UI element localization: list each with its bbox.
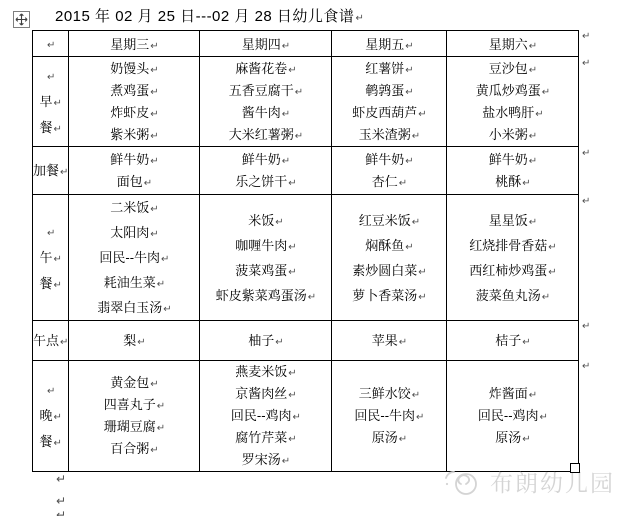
menu-item: 菠菜鸡蛋↵ (200, 258, 331, 283)
paragraph-mark: ↵ (535, 109, 543, 120)
menu-item: 素炒圆白菜↵ (332, 258, 446, 283)
menu-item-text: 炸虾皮 (110, 105, 149, 120)
meal-label-line-text: 午 (40, 250, 53, 265)
meal-label-line-text: 加餐 (33, 163, 59, 178)
menu-item: 原汤↵ (332, 427, 446, 449)
menu-item: 四喜丸子↵ (69, 394, 199, 416)
paragraph-mark: ↵ (405, 156, 413, 167)
menu-item-text: 咖喱牛肉 (235, 238, 287, 253)
menu-item-text: 百合粥 (110, 441, 149, 456)
menu-item: 珊瑚豆腐↵ (69, 416, 199, 438)
menu-item-text: 苹果 (372, 333, 398, 348)
meal-label-line-text: 餐 (40, 276, 53, 291)
menu-cell[interactable]: 豆沙包↵黄瓜炒鸡蛋↵盐水鸭肝↵小米粥↵ (447, 57, 579, 147)
paragraph-mark: ↵ (288, 242, 296, 253)
menu-cell[interactable]: 梨↵ (69, 321, 200, 361)
paragraph-mark: ↵ (529, 390, 537, 401)
paragraph-mark: ↵ (275, 337, 283, 348)
watermark-text: 布朗幼儿园 (490, 465, 615, 498)
menu-item-text: 太阳肉 (110, 225, 149, 240)
paragraph-mark: ↵ (288, 178, 296, 189)
paragraph-mark: ↵ (412, 390, 420, 401)
meal-row: 加餐↵鲜牛奶↵面包↵鲜牛奶↵乐之饼干↵鲜牛奶↵杏仁↵鲜牛奶↵桃酥↵ (33, 147, 579, 195)
paragraph-mark: ↵ (522, 337, 530, 348)
menu-item: 萝卜香菜汤↵ (332, 283, 446, 308)
meal-row: ↵早↵餐↵奶馒头↵煮鸡蛋↵炸虾皮↵紫米粥↵麻酱花卷↵五香豆腐干↵酱牛肉↵大米红薯… (33, 57, 579, 147)
paragraph-mark: ↵ (548, 242, 556, 253)
menu-item: 罗宋汤↵ (200, 449, 331, 471)
menu-cell[interactable]: 麻酱花卷↵五香豆腐干↵酱牛肉↵大米红薯粥↵ (200, 57, 332, 147)
menu-cell[interactable]: 鲜牛奶↵杏仁↵ (332, 147, 447, 195)
menu-item: 黄瓜炒鸡蛋↵ (447, 80, 578, 102)
move-arrows-icon (15, 13, 28, 26)
menu-cell[interactable]: 米饭↵咖喱牛肉↵菠菜鸡蛋↵虾皮紫菜鸡蛋汤↵ (200, 195, 332, 321)
bear-logo-icon (441, 466, 483, 498)
document-title: 2015 年 02 月 25 日---02 月 28 日幼儿食谱↵ (55, 5, 364, 26)
header-row: ↵星期三↵星期四↵星期五↵星期六↵ (33, 31, 579, 57)
end-of-row-mark: ↵ (582, 59, 590, 69)
menu-item: 回民--牛肉↵ (69, 245, 199, 270)
menu-cell[interactable]: 柚子↵ (200, 321, 332, 361)
meal-row: ↵午↵餐↵二米饭↵太阳肉↵回民--牛肉↵耗油生菜↵翡翠白玉汤↵米饭↵咖喱牛肉↵菠… (33, 195, 579, 321)
paragraph-mark: ↵ (137, 337, 145, 348)
menu-item: 燕麦米饭↵ (200, 361, 331, 383)
menu-item: 太阳肉↵ (69, 220, 199, 245)
menu-item: 大米红薯粥↵ (200, 124, 331, 146)
paragraph-mark: ↵ (56, 495, 66, 507)
menu-item-text: 杏仁 (372, 174, 398, 189)
paragraph-mark: ↵ (399, 178, 407, 189)
menu-cell[interactable]: 苹果↵ (332, 321, 447, 361)
paragraph-mark: ↵ (282, 41, 290, 52)
paragraph-mark: ↵ (163, 304, 171, 315)
paragraph-mark: ↵ (275, 217, 283, 228)
paragraph-mark: ↵ (54, 98, 62, 109)
end-of-row-mark: ↵ (582, 362, 590, 372)
meal-label-line: ↵ (33, 219, 68, 245)
menu-item: 炸酱面↵ (447, 383, 578, 405)
menu-item-text: 米饭 (248, 213, 274, 228)
end-of-row-mark: ↵ (582, 32, 590, 42)
menu-item: 鲜牛奶↵ (69, 149, 199, 171)
paragraph-mark: ↵ (54, 280, 62, 291)
paragraph-mark: ↵ (529, 131, 537, 142)
menu-table: ↵星期三↵星期四↵星期五↵星期六↵ ↵早↵餐↵奶馒头↵煮鸡蛋↵炸虾皮↵紫米粥↵麻… (32, 30, 579, 472)
menu-item: 腐竹芹菜↵ (200, 427, 331, 449)
menu-item-text: 红豆米饭 (359, 213, 411, 228)
menu-cell[interactable]: 炸酱面↵回民--鸡肉↵原汤↵ (447, 361, 579, 472)
meal-row: 午点↵梨↵柚子↵苹果↵桔子↵ (33, 321, 579, 361)
end-of-row-mark: ↵ (582, 322, 590, 332)
menu-item-text: 菠菜鱼丸汤 (476, 288, 541, 303)
menu-item-text: 乐之饼干 (235, 174, 287, 189)
menu-item: 米饭↵ (200, 208, 331, 233)
menu-cell[interactable]: 星星饭↵红烧排骨香菇↵西红柿炒鸡蛋↵菠菜鱼丸汤↵ (447, 195, 579, 321)
paragraph-mark: ↵ (47, 72, 55, 83)
menu-item-text: 奶馒头 (110, 61, 149, 76)
menu-item-text: 三鲜水饺 (359, 386, 411, 401)
paragraph-mark: ↵ (405, 87, 413, 98)
paragraph-mark: ↵ (542, 87, 550, 98)
paragraph-mark: ↵ (54, 254, 62, 265)
paragraph-mark: ↵ (150, 379, 158, 390)
menu-item: 翡翠白玉汤↵ (69, 295, 199, 320)
meal-label-line-text: 午点 (33, 333, 59, 348)
day-header[interactable]: 星期六↵ (447, 31, 579, 57)
paragraph-mark: ↵ (405, 242, 413, 253)
paragraph-mark: ↵ (529, 41, 537, 52)
menu-item-text: 红烧排骨香菇 (469, 238, 547, 253)
menu-item-text: 桃酥 (495, 174, 521, 189)
paragraph-mark: ↵ (416, 412, 424, 423)
paragraph-mark: ↵ (399, 337, 407, 348)
paragraph-mark: ↵ (399, 434, 407, 445)
menu-item-text: 豆沙包 (489, 61, 528, 76)
menu-item: 玉米渣粥↵ (332, 124, 446, 146)
menu-cell[interactable]: 奶馒头↵煮鸡蛋↵炸虾皮↵紫米粥↵ (69, 57, 200, 147)
menu-item: 五香豆腐干↵ (200, 80, 331, 102)
paragraph-mark: ↵ (150, 41, 158, 52)
menu-item-text: 麻酱花卷 (235, 61, 287, 76)
menu-item-text: 柚子 (248, 333, 274, 348)
paragraph-mark: ↵ (157, 423, 165, 434)
menu-item-text: 盐水鸭肝 (482, 105, 534, 120)
meal-label-line: 餐↵ (33, 271, 68, 297)
paragraph-mark: ↵ (412, 131, 420, 142)
paragraph-mark: ↵ (150, 87, 158, 98)
meal-label-line: 晚↵ (33, 403, 68, 429)
menu-item-text: 回民--鸡肉 (231, 408, 292, 423)
menu-item-text: 鹌鹑蛋 (365, 83, 404, 98)
menu-item: 盐水鸭肝↵ (447, 102, 578, 124)
menu-item: 虾皮西葫芦↵ (332, 102, 446, 124)
day-header[interactable]: 星期五↵ (332, 31, 447, 57)
paragraph-mark: ↵ (60, 337, 68, 348)
menu-item-text: 黄金包 (110, 375, 149, 390)
menu-cell[interactable]: 燕麦米饭↵京酱肉丝↵回民--鸡肉↵腐竹芹菜↵罗宋汤↵ (200, 361, 332, 472)
menu-item: 二米饭↵ (69, 195, 199, 220)
table-move-handle[interactable] (13, 11, 30, 28)
menu-item-text: 回民--牛肉 (354, 408, 415, 423)
menu-item: 小米粥↵ (447, 124, 578, 146)
menu-item: 柚子↵ (200, 330, 331, 352)
menu-item: 咖喱牛肉↵ (200, 233, 331, 258)
menu-item-text: 虾皮紫菜鸡蛋汤 (216, 288, 307, 303)
paragraph-mark: ↵ (418, 109, 426, 120)
menu-item-text: 原汤 (495, 430, 521, 445)
paragraph-mark: ↵ (161, 254, 169, 265)
menu-item-text: 回民--牛肉 (99, 250, 160, 265)
paragraph-mark: ↵ (529, 65, 537, 76)
menu-cell[interactable]: 二米饭↵太阳肉↵回民--牛肉↵耗油生菜↵翡翠白玉汤↵ (69, 195, 200, 321)
paragraph-mark: ↵ (47, 386, 55, 397)
menu-item-text: 星星饭 (489, 213, 528, 228)
paragraph-mark: ↵ (522, 434, 530, 445)
menu-item: 苹果↵ (332, 330, 446, 352)
paragraph-mark: ↵ (295, 87, 303, 98)
paragraph-mark: ↵ (308, 292, 316, 303)
watermark: 布朗幼儿园 (441, 465, 615, 498)
menu-item-text: 素炒圆白菜 (352, 263, 417, 278)
menu-item-text: 翡翠白玉汤 (97, 300, 162, 315)
end-of-row-mark: ↵ (582, 197, 590, 207)
paragraph-mark: ↵ (150, 445, 158, 456)
menu-item-text: 酱牛肉 (242, 105, 281, 120)
menu-item-text: 焖酥鱼 (365, 238, 404, 253)
menu-item: 桃酥↵ (447, 171, 578, 193)
paragraph-mark: ↵ (157, 279, 165, 290)
meal-label-cell[interactable]: 加餐↵ (33, 147, 69, 195)
meal-label-line: ↵ (33, 377, 68, 403)
paragraph-mark: ↵ (288, 368, 296, 379)
paragraph-mark: ↵ (540, 412, 548, 423)
paragraph-mark: ↵ (282, 109, 290, 120)
menu-cell[interactable]: 红薯饼↵鹌鹑蛋↵虾皮西葫芦↵玉米渣粥↵ (332, 57, 447, 147)
menu-item: 菠菜鱼丸汤↵ (447, 283, 578, 308)
menu-item-text: 京酱肉丝 (235, 386, 287, 401)
menu-item: 麻酱花卷↵ (200, 58, 331, 80)
paragraph-mark: ↵ (47, 228, 55, 239)
paragraph-mark: ↵ (56, 473, 66, 485)
paragraph-mark: ↵ (295, 131, 303, 142)
menu-item-text: 原汤 (372, 430, 398, 445)
menu-item: 回民--鸡肉↵ (447, 405, 578, 427)
menu-item: 红薯饼↵ (332, 58, 446, 80)
menu-item-text: 面包 (117, 174, 143, 189)
menu-item: 耗油生菜↵ (69, 270, 199, 295)
paragraph-mark: ↵ (522, 178, 530, 189)
menu-item-text: 鲜牛奶 (242, 152, 281, 167)
day-header-label: 星期五 (365, 37, 404, 52)
menu-item-text: 小米粥 (489, 127, 528, 142)
paragraph-mark: ↵ (529, 217, 537, 228)
paragraph-mark: ↵ (288, 267, 296, 278)
menu-item-text: 腐竹芹菜 (235, 430, 287, 445)
meal-label-line: 早↵ (33, 89, 68, 115)
menu-item-text: 珊瑚豆腐 (104, 419, 156, 434)
menu-cell[interactable]: 三鲜水饺↵回民--牛肉↵原汤↵ (332, 361, 447, 472)
day-header[interactable]: 星期三↵ (69, 31, 200, 57)
menu-cell[interactable]: 鲜牛奶↵桃酥↵ (447, 147, 579, 195)
menu-item-text: 鲜牛奶 (489, 152, 528, 167)
meal-label-line-text: 餐 (40, 434, 53, 449)
menu-item-text: 四喜丸子 (104, 397, 156, 412)
menu-item: 三鲜水饺↵ (332, 383, 446, 405)
menu-item: 桔子↵ (447, 330, 578, 352)
title-text: 2015 年 02 月 25 日---02 月 28 日幼儿食谱 (55, 8, 354, 25)
meal-label-line-text: 晚 (40, 408, 53, 423)
paragraph-mark: ↵ (405, 41, 413, 52)
menu-item: 百合粥↵ (69, 438, 199, 460)
menu-item: 奶馒头↵ (69, 58, 199, 80)
menu-item-text: 桔子 (495, 333, 521, 348)
menu-item-text: 红薯饼 (365, 61, 404, 76)
paragraph-mark: ↵ (548, 267, 556, 278)
meal-row: ↵晚↵餐↵黄金包↵四喜丸子↵珊瑚豆腐↵百合粥↵燕麦米饭↵京酱肉丝↵回民--鸡肉↵… (33, 361, 579, 472)
menu-cell[interactable]: 黄金包↵四喜丸子↵珊瑚豆腐↵百合粥↵ (69, 361, 200, 472)
day-header-label: 星期四 (242, 37, 281, 52)
menu-item-text: 玉米渣粥 (359, 127, 411, 142)
menu-item-text: 菠菜鸡蛋 (235, 263, 287, 278)
menu-item: 紫米粥↵ (69, 124, 199, 146)
meal-label-cell[interactable]: ↵午↵餐↵ (33, 195, 69, 321)
paragraph-mark: ↵ (288, 65, 296, 76)
meal-label-line: ↵ (33, 63, 68, 89)
menu-item: 黄金包↵ (69, 372, 199, 394)
day-header[interactable]: 星期四↵ (200, 31, 332, 57)
menu-item: 西红柿炒鸡蛋↵ (447, 258, 578, 283)
menu-item-text: 燕麦米饭 (235, 364, 287, 379)
menu-item-text: 西红柿炒鸡蛋 (469, 263, 547, 278)
paragraph-mark: ↵ (288, 434, 296, 445)
menu-item: 红烧排骨香菇↵ (447, 233, 578, 258)
menu-item: 回民--牛肉↵ (332, 405, 446, 427)
day-header-label: 星期三 (110, 37, 149, 52)
menu-item-text: 二米饭 (110, 200, 149, 215)
menu-item-text: 梨 (123, 333, 136, 348)
paragraph-mark: ↵ (418, 267, 426, 278)
meal-label-cell[interactable]: ↵晚↵餐↵ (33, 361, 69, 472)
meal-label-line-text: 早 (40, 94, 53, 109)
menu-item-text: 回民--鸡肉 (478, 408, 539, 423)
menu-item-text: 煮鸡蛋 (110, 83, 149, 98)
end-of-row-mark: ↵ (582, 149, 590, 159)
paragraph-mark: ↵ (405, 65, 413, 76)
menu-item: 回民--鸡肉↵ (200, 405, 331, 427)
menu-item: 鲜牛奶↵ (332, 149, 446, 171)
paragraph-mark: ↵ (412, 217, 420, 228)
menu-item-text: 炸酱面 (489, 386, 528, 401)
menu-item: 京酱肉丝↵ (200, 383, 331, 405)
meal-label-line: 餐↵ (33, 115, 68, 141)
menu-item: 鲜牛奶↵ (200, 149, 331, 171)
menu-item: 面包↵ (69, 171, 199, 193)
paragraph-mark: ↵ (150, 109, 158, 120)
paragraph-mark: ↵ (54, 412, 62, 423)
menu-cell[interactable]: 红豆米饭↵焖酥鱼↵素炒圆白菜↵萝卜香菜汤↵ (332, 195, 447, 321)
menu-item: 酱牛肉↵ (200, 102, 331, 124)
paragraph-mark: ↵ (150, 204, 158, 215)
paragraph-mark: ↵ (288, 390, 296, 401)
menu-item-text: 黄瓜炒鸡蛋 (476, 83, 541, 98)
menu-item-text: 鲜牛奶 (110, 152, 149, 167)
paragraph-mark: ↵ (355, 13, 364, 24)
menu-item: 虾皮紫菜鸡蛋汤↵ (200, 283, 331, 308)
menu-item: 星星饭↵ (447, 208, 578, 233)
meal-label-cell[interactable]: ↵早↵餐↵ (33, 57, 69, 147)
meal-label-line: 加餐↵ (33, 158, 68, 184)
paragraph-mark: ↵ (418, 292, 426, 303)
menu-item-text: 紫米粥 (110, 127, 149, 142)
day-header-label: 星期六 (489, 37, 528, 52)
paragraph-mark: ↵ (56, 509, 66, 516)
menu-item: 焖酥鱼↵ (332, 233, 446, 258)
menu-item-text: 大米红薯粥 (229, 127, 294, 142)
menu-item: 炸虾皮↵ (69, 102, 199, 124)
paragraph-mark: ↵ (150, 156, 158, 167)
corner-cell[interactable]: ↵ (33, 31, 69, 57)
meal-label-line: 午↵ (33, 245, 68, 271)
paragraph-mark: ↵ (282, 156, 290, 167)
table-resize-handle[interactable] (570, 463, 580, 473)
paragraph-mark: ↵ (150, 229, 158, 240)
menu-cell[interactable]: 鲜牛奶↵面包↵ (69, 147, 200, 195)
menu-item-text: 罗宋汤 (242, 452, 281, 467)
paragraph-mark: ↵ (144, 178, 152, 189)
menu-cell[interactable]: 鲜牛奶↵乐之饼干↵ (200, 147, 332, 195)
paragraph-mark: ↵ (47, 40, 55, 51)
paragraph-mark: ↵ (60, 167, 68, 178)
menu-item-text: 虾皮西葫芦 (352, 105, 417, 120)
menu-item: 梨↵ (69, 330, 199, 352)
menu-item: 红豆米饭↵ (332, 208, 446, 233)
menu-item: 鲜牛奶↵ (447, 149, 578, 171)
paragraph-mark: ↵ (529, 156, 537, 167)
paragraph-mark: ↵ (293, 412, 301, 423)
menu-item: 乐之饼干↵ (200, 171, 331, 193)
menu-item: 鹌鹑蛋↵ (332, 80, 446, 102)
menu-cell[interactable]: 桔子↵ (447, 321, 579, 361)
menu-item: 豆沙包↵ (447, 58, 578, 80)
meal-label-line: 午点↵ (33, 328, 68, 354)
paragraph-mark: ↵ (54, 124, 62, 135)
paragraph-mark: ↵ (542, 292, 550, 303)
meal-label-cell[interactable]: 午点↵ (33, 321, 69, 361)
meal-label-line: 餐↵ (33, 429, 68, 455)
menu-item: 杏仁↵ (332, 171, 446, 193)
menu-item-text: 萝卜香菜汤 (352, 288, 417, 303)
paragraph-mark: ↵ (157, 401, 165, 412)
menu-item: 煮鸡蛋↵ (69, 80, 199, 102)
menu-item: 原汤↵ (447, 427, 578, 449)
menu-item-text: 五香豆腐干 (229, 83, 294, 98)
paragraph-mark: ↵ (54, 438, 62, 449)
paragraph-mark: ↵ (150, 65, 158, 76)
menu-item-text: 耗油生菜 (104, 275, 156, 290)
menu-item-text: 鲜牛奶 (365, 152, 404, 167)
meal-label-line-text: 餐 (40, 120, 53, 135)
paragraph-mark: ↵ (150, 131, 158, 142)
paragraph-mark: ↵ (282, 456, 290, 467)
